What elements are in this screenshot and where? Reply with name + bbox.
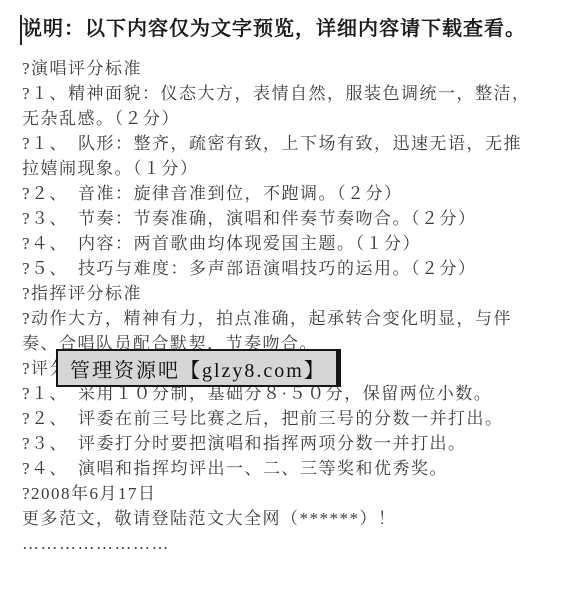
document-preview-page: 说明：以下内容仅为文字预览，详细内容请下载查看。 ?演唱评分标准 ?１、精神面貌… xyxy=(0,0,578,600)
text-line: ?２、 评委在前三号比赛之后，把前三号的分数一并打出。 xyxy=(22,406,572,431)
date-line: ?2008年6月17日 xyxy=(22,481,572,506)
text-line: ?１、精神面貌：仪态大方，表情自然，服装色调统一，整洁， xyxy=(22,81,572,106)
watermark-box: 管理资源吧【glzy8.com】 xyxy=(56,349,341,387)
text-line: 拉嬉闹现象。（１分） xyxy=(22,156,572,181)
preview-notice-heading: 说明：以下内容仅为文字预览，详细内容请下载查看。 xyxy=(22,12,526,41)
text-line: ?３、 节奏：节奏准确，演唱和伴奏节奏吻合。（２分） xyxy=(22,206,572,231)
dotted-trailer-line: …………………… xyxy=(22,531,572,556)
text-line: ?演唱评分标准 xyxy=(22,56,572,81)
text-line: ?１、 队形：整齐，疏密有致，上下场有致，迅速无语，无推 xyxy=(22,131,572,156)
text-line: ?４、 演唱和指挥均评出一、二、三等奖和优秀奖。 xyxy=(22,456,572,481)
text-line: ?动作大方，精神有力，拍点准确，起承转合变化明显，与伴 xyxy=(22,306,572,331)
text-line: ?４、 内容：两首歌曲均体现爱国主题。（１分） xyxy=(22,231,572,256)
text-line: ?５、 技巧与难度：多声部语演唱技巧的运用。（２分） xyxy=(22,256,572,281)
text-line: 无杂乱感。（２分） xyxy=(22,106,572,131)
text-line: ?３、 评委打分时要把演唱和指挥两项分数一并打出。 xyxy=(22,431,572,456)
footer-link-line: 更多范文，敬请登陆范文大全网（******）！ xyxy=(22,506,572,531)
text-line: ?指挥评分标准 xyxy=(22,281,572,306)
document-body: ?演唱评分标准 ?１、精神面貌：仪态大方，表情自然，服装色调统一，整洁， 无杂乱… xyxy=(22,56,572,556)
watermark-label: 管理资源吧【glzy8.com】 xyxy=(70,354,326,383)
text-line: ?２、 音准：旋律音准到位，不跑调。（２分） xyxy=(22,181,572,206)
